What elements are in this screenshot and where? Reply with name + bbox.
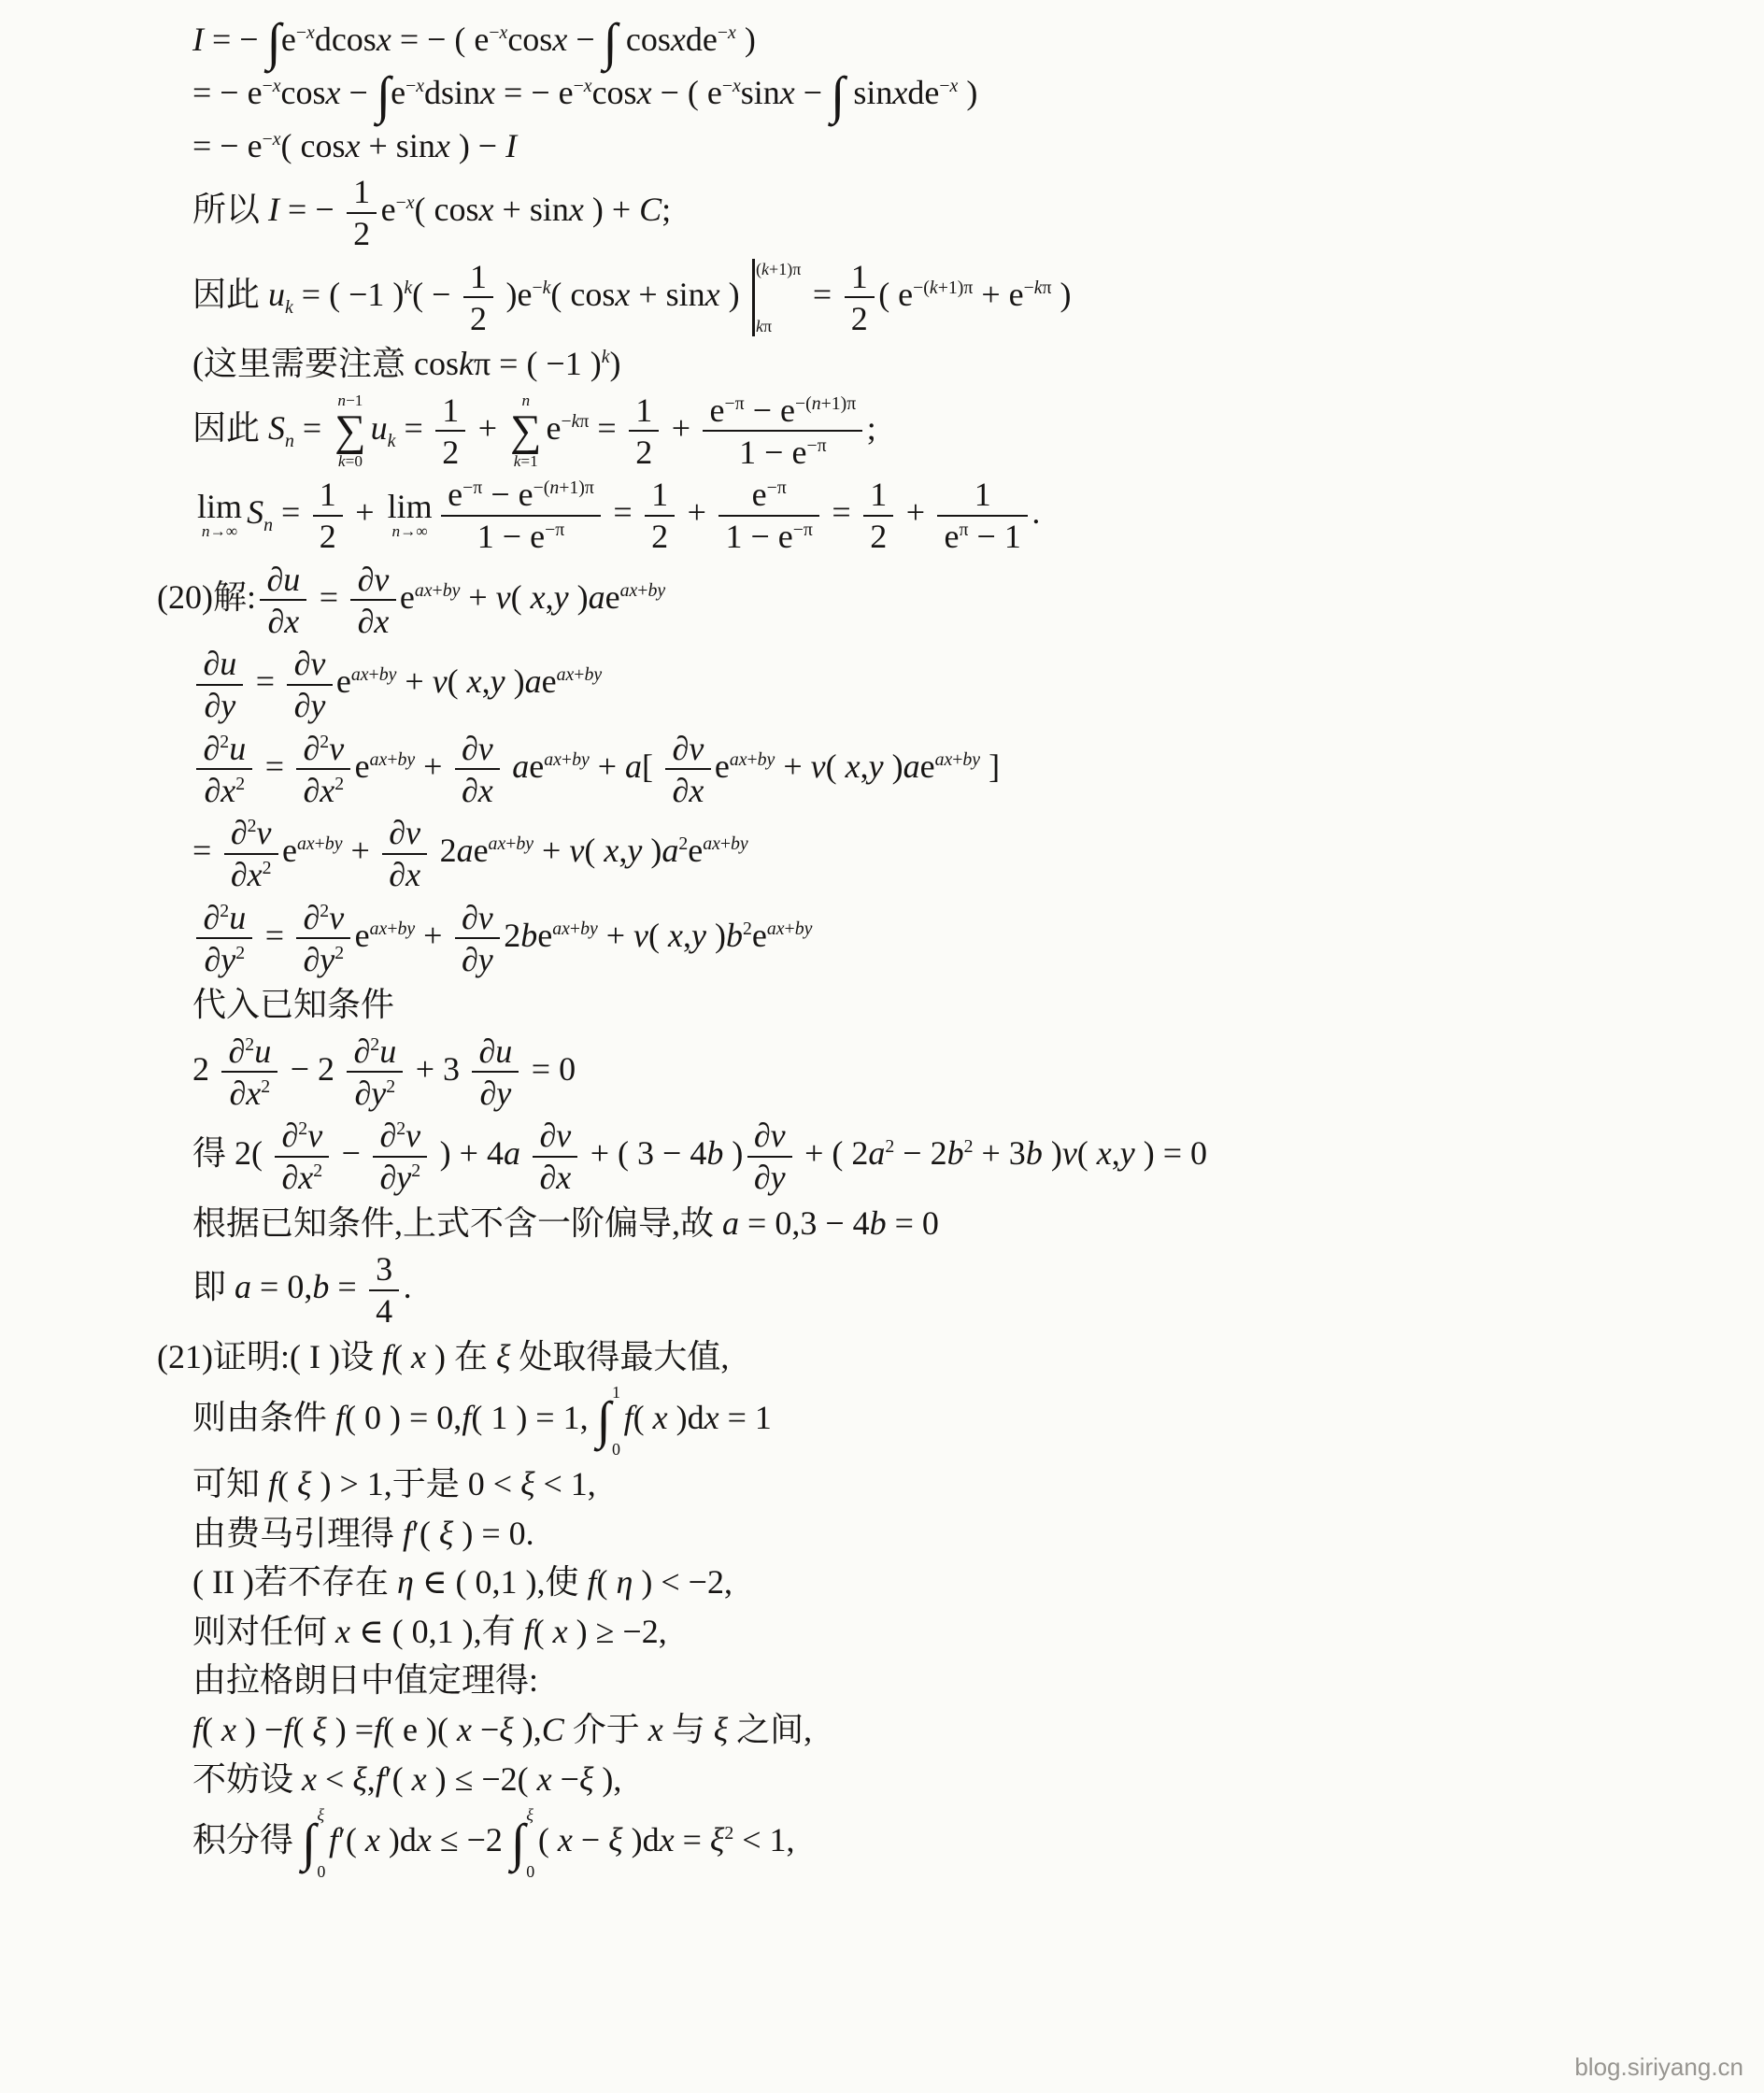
p20-d2u-dx2-simplified: = ∂2v∂x2eax+by + ∂v∂x 2aeax+by + v( x,y …	[0, 814, 1764, 894]
p20-d2u-dy2: ∂2u∂y2 = ∂2v∂y2eax+by + ∂v∂y2beax+by + v…	[0, 899, 1764, 979]
p20-du-dx: (20)解:∂u∂x = ∂v∂xeax+by + v( x,y )aeax+b…	[0, 561, 1764, 641]
p21-f-xi-bound: 可知 f( ξ ) > 1,于是 0 < ξ < 1,	[0, 1462, 1764, 1507]
integral-by-parts-step-1: I = − ∫e−xdcosx = − ( e−xcosx − ∫ cosxde…	[0, 18, 1764, 66]
p21-conditions: 则由条件 f( 0 ) = 0,f( 1 ) = 1, ∫10f( x )dx …	[0, 1384, 1764, 1458]
partial-sum-Sn: 因此 Sn = n−1∑k=0uk = 12 + n∑k=1e−kπ = 12 …	[0, 392, 1764, 472]
p20-pde: 2 ∂2u∂x2 − 2 ∂2u∂y2 + 3 ∂u∂y = 0	[0, 1032, 1764, 1113]
p20-resulting-equation: 得 2( ∂2v∂x2 − ∂2v∂y2 ) + 4a ∂v∂x + ( 3 −…	[0, 1117, 1764, 1197]
document-page: I = − ∫e−xdcosx = − ( e−xcosx − ∫ cosxde…	[0, 0, 1764, 2093]
p20-du-dy: ∂u∂y = ∂v∂yeax+by + v( x,y )aeax+by	[0, 645, 1764, 725]
note-cos-k-pi: (这里需要注意 coskπ = ( −1 )k)	[0, 342, 1764, 387]
p21-lagrange-eq: f( x ) −f( ξ ) =f( e )( x −ξ ),C 介于 x 与 …	[0, 1708, 1764, 1753]
u-k-evaluation: 因此 uk = ( −1 )k( − 12 )e−k( cosx + sinx …	[0, 258, 1764, 338]
p21-lagrange-text: 由拉格朗日中值定理得:	[0, 1659, 1764, 1703]
p21-for-all-x: 则对任何 x ∈ ( 0,1 ),有 f( x ) ≥ −2,	[0, 1610, 1764, 1655]
p21-integrate: 积分得 ∫ξ0f′( x )dx ≤ −2 ∫ξ0( x − ξ )dx = ξ…	[0, 1806, 1764, 1880]
integral-by-parts-step-2: = − e−xcosx − ∫e−xdsinx = − e−xcosx − ( …	[0, 71, 1764, 120]
integral-by-parts-step-3: = − e−x( cosx + sinx ) − I	[0, 124, 1764, 169]
p21-wlog: 不妨设 x < ξ,f′( x ) ≤ −2( x −ξ ),	[0, 1758, 1764, 1802]
p21-proof-part1: (21)证明:( I )设 f( x ) 在 ξ 处取得最大值,	[0, 1335, 1764, 1380]
watermark: blog.siriyang.cn	[1574, 2053, 1743, 2082]
limit-Sn: limn→∞Sn = 12 + limn→∞e−π − e−(n+1)π1 − …	[0, 476, 1764, 556]
solution-lines: I = − ∫e−xdcosx = − ( e−xcosx − ∫ cosxde…	[0, 18, 1764, 1880]
p20-substitute-text: 代入已知条件	[0, 983, 1764, 1028]
p21-fermat: 由费马引理得 f′( ξ ) = 0.	[0, 1512, 1764, 1557]
p20-answer: 即 a = 0,b = 34.	[0, 1250, 1764, 1331]
p21-part2-assumption: ( II )若不存在 η ∈ ( 0,1 ),使 f( η ) < −2,	[0, 1560, 1764, 1605]
p20-coefficient-condition: 根据已知条件,上式不含一阶偏导,故 a = 0,3 − 4b = 0	[0, 1202, 1764, 1246]
p20-d2u-dx2: ∂2u∂x2 = ∂2v∂x2eax+by + ∂v∂x aeax+by + a…	[0, 730, 1764, 810]
result-I: 所以 I = − 12e−x( cosx + sinx ) + C;	[0, 173, 1764, 253]
